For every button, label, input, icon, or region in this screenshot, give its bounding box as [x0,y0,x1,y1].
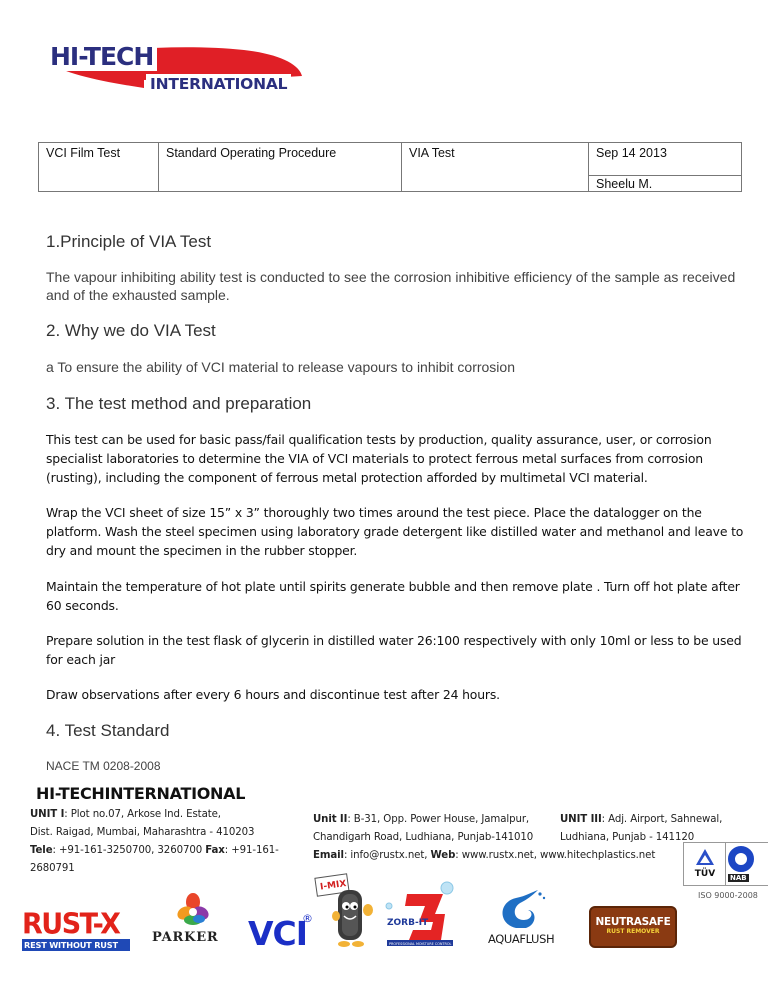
unit3-line2: Ludhiana, Punjab - 141120 [560,832,694,843]
document-header-table: VCI Film Test Standard Operating Procedu… [38,142,742,192]
brand-logo-aquaflush: AQUAFLUSH [486,888,566,944]
footer-contact: Email: info@rustx.net, Web: www.rustx.ne… [313,847,693,865]
rustx-tagline: REST WITHOUT RUST [22,939,130,951]
logo-text-international: INTERNATIONAL [146,74,291,94]
unit2-label: Unit II [313,814,347,825]
zorbit-logo-icon: ZORB-IT PROFESSIONAL MOISTURE CONTROL [385,880,455,950]
neutrasafe-tagline: RUST REMOVER [591,928,675,935]
section-heading-principle: 1.Principle of VIA Test [46,232,211,252]
company-logo: HI-TECH INTERNATIONAL [44,40,304,98]
unit2-line1: : B-31, Opp. Power House, Jamalpur, [347,814,529,825]
section-heading-why: 2. Why we do VIA Test [46,321,216,341]
unit2-line2: Chandigarh Road, Ludhiana, Punjab-141010 [313,832,533,843]
section-paragraph: Prepare solution in the test flask of gl… [46,631,746,669]
brand-logo-neutrasafe: NEUTRASAFE RUST REMOVER [589,906,677,948]
unit1-line2: Dist. Raigad, Mumbai, Maharashtra - 4102… [30,827,254,838]
tele-value: : +91-161-3250700, 3260700 [53,845,206,856]
section-paragraph: The vapour inhibiting ability test is co… [46,268,736,304]
tuv-label: TÜV [684,869,726,879]
header-date: Sep 14 2013 [589,143,742,176]
section-paragraph: Maintain the temperature of hot plate un… [46,577,746,615]
unit3-line1: : Adj. Airport, Sahnewal, [602,814,723,825]
imix-mascot-icon: I-MIX [312,870,392,950]
brand-logo-zorbit: ZORB-IT PROFESSIONAL MOISTURE CONTROL [385,880,455,950]
section-paragraph: a To ensure the ability of VCI material … [46,358,736,376]
unit1-line1: : Plot no.07, Arkose Ind. Estate, [64,809,221,820]
web-link[interactable]: : www.rustx.net, www.hitechplastics.net [455,850,655,861]
header-cell-document-type: VCI Film Test [39,143,158,191]
section-paragraph: Draw observations after every 6 hours an… [46,685,746,704]
email-link[interactable]: : info@rustx.net, [344,850,431,861]
parker-wordmark: PARKER [152,930,219,945]
unit3-label: UNIT III [560,814,602,825]
fax-label: Fax [205,845,225,856]
footer-company-name: HI-TECHINTERNATIONAL [36,784,245,803]
nabcb-label: NAB [728,874,749,882]
tuv-badge: TÜV [684,843,726,886]
logo-text-hitech: HI-TECH [48,42,157,71]
svg-text:PROFESSIONAL MOISTURE CONTROL: PROFESSIONAL MOISTURE CONTROL [389,942,452,946]
brand-logo-parker: PARKER [152,893,238,948]
footer-unit2-address: Unit II: B-31, Opp. Power House, Jamalpu… [313,811,553,847]
test-standard-value: NACE TM 0208-2008 [46,759,161,773]
aquaflush-wave-icon [486,888,566,932]
nabcb-logo-icon [728,846,754,872]
tele-label: Tele [30,845,53,856]
web-label: Web [431,850,456,861]
header-cell-date-author: Sep 14 2013 Sheelu M. [588,143,742,191]
header-author: Sheelu M. [589,176,742,192]
tuv-triangle-icon [696,849,714,865]
rustx-wordmark: RUST-X [22,911,134,938]
section-heading-method: 3. The test method and preparation [46,394,311,414]
neutrasafe-wordmark: NEUTRASAFE [591,916,675,928]
certification-badges: TÜV NAB [683,842,768,886]
svg-text:ZORB-IT: ZORB-IT [387,918,429,928]
section-paragraph: Wrap the VCI sheet of size 15” x 3” thor… [46,503,746,560]
iso-certification-text: ISO 9000-2008 [698,891,758,900]
header-cell-category: Standard Operating Procedure [158,143,401,191]
brand-logo-vci: VCI [248,914,307,953]
header-cell-test-name: VIA Test [401,143,588,191]
brand-logo-imix: I-MIX [312,870,392,950]
parker-flower-icon [177,893,209,927]
section-paragraph: This test can be used for basic pass/fai… [46,430,746,487]
brand-logo-rustx: RUST-X REST WITHOUT RUST [22,912,134,951]
unit1-label: UNIT I [30,809,64,820]
section-heading-standard: 4. Test Standard [46,721,170,741]
footer-unit1-address: UNIT I: Plot no.07, Arkose Ind. Estate, … [30,806,295,878]
aquaflush-wordmark: AQUAFLUSH [488,932,554,946]
email-label: Email [313,850,344,861]
